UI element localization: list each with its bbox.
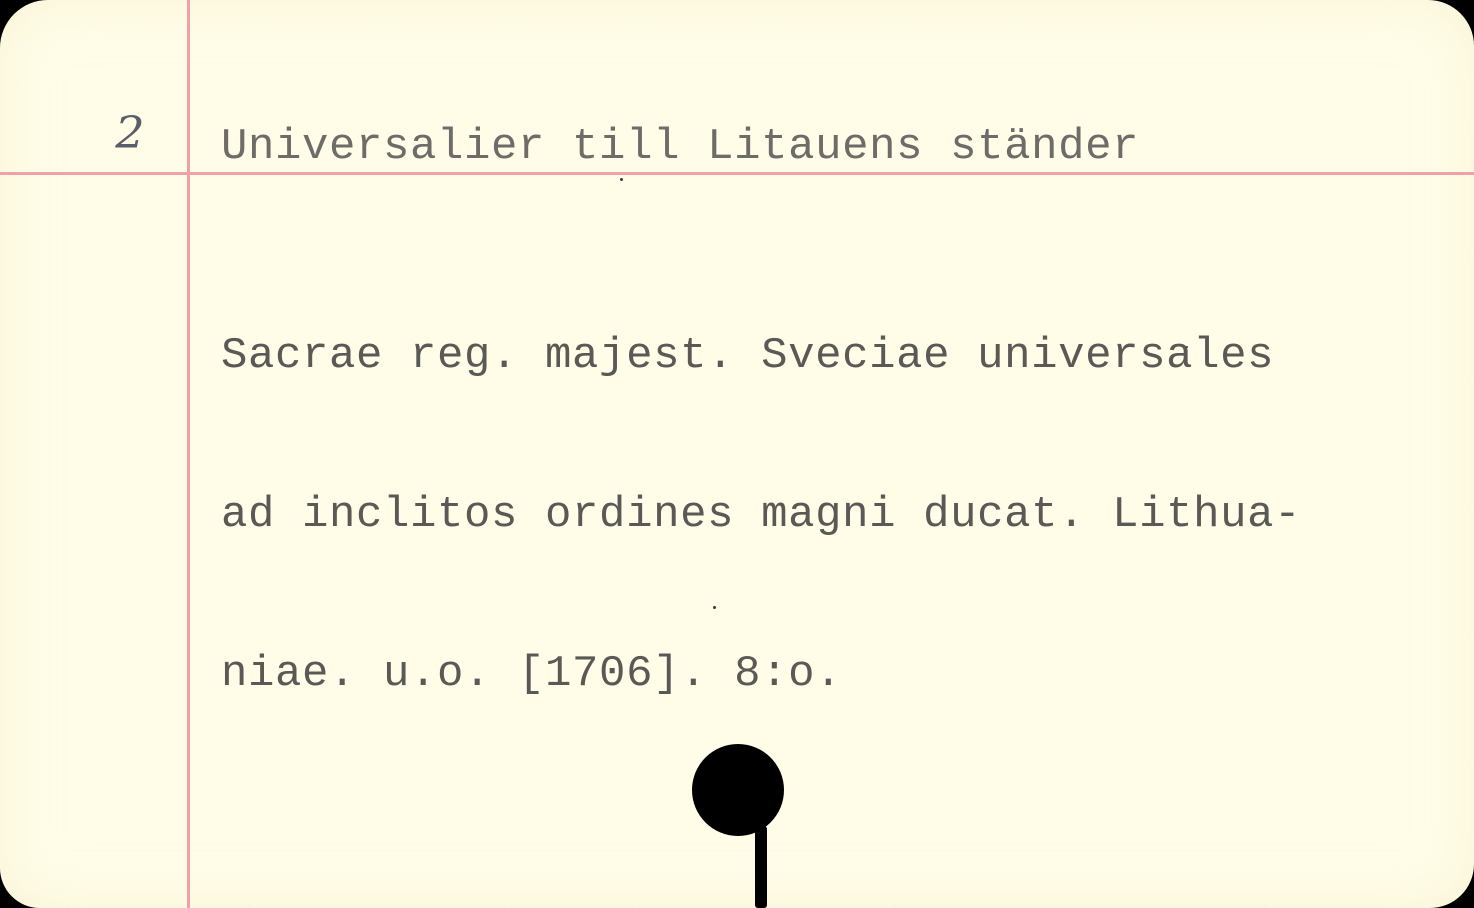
card-description: Sacrae reg. majest. Sveciae universales … <box>221 224 1301 807</box>
description-line: Sacrae reg. majest. Sveciae universales <box>221 330 1301 383</box>
punch-hole <box>692 744 784 836</box>
card-rod <box>755 826 767 908</box>
catalog-card: 2 Universalier till Litauens ständer Sac… <box>0 0 1474 908</box>
card-heading: Universalier till Litauens ständer <box>221 122 1139 172</box>
description-line: niae. u.o. [1706]. 8:o. <box>221 648 1301 701</box>
ink-speck <box>620 178 623 181</box>
description-line: ad inclitos ordines magni ducat. Lithua- <box>221 489 1301 542</box>
ink-speck <box>1186 346 1188 348</box>
call-number: 2 <box>115 108 144 159</box>
horizontal-rule-line <box>0 172 1474 175</box>
vertical-margin-line <box>187 0 190 908</box>
ink-speck <box>713 606 716 609</box>
